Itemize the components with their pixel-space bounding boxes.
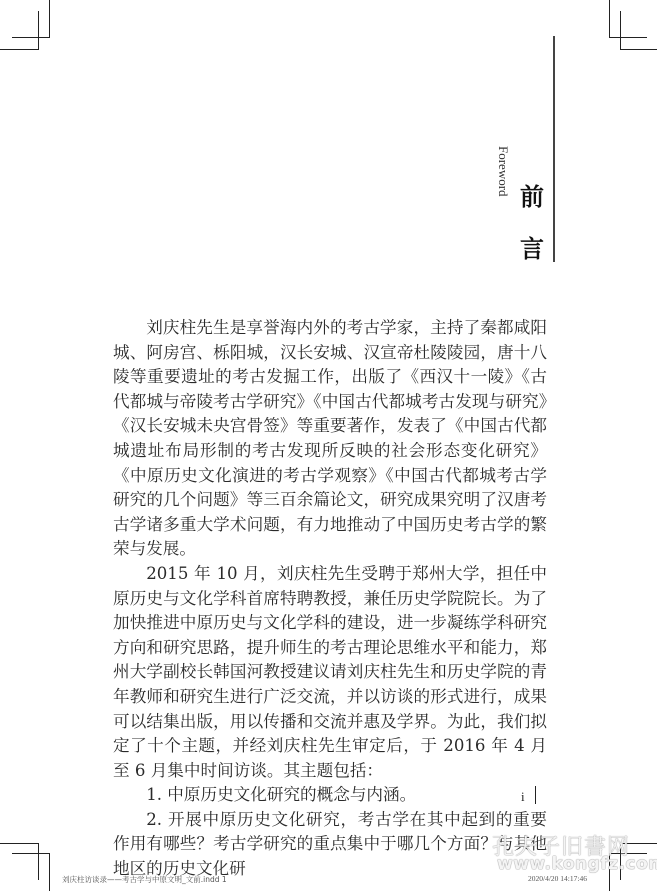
body-text: 刘庆柱先生是享誉海内外的考古学家，主持了秦都咸阳城、阿房宫、栎阳城，汉长安城、汉…	[113, 316, 547, 882]
page-number-bar	[535, 786, 536, 804]
slug-filename: 刘庆柱访谈录——考古学与中原文明_文前.indd 1	[62, 874, 227, 885]
watermark-url: www.kongfz.com	[497, 854, 657, 874]
paragraph-4: 2. 开展中原历史文化研究，考古学在其中起到的重要作用有哪些？考古学研究的重点集…	[113, 808, 547, 882]
slug-timestamp: 2020/4/20 14:17:46	[528, 874, 587, 883]
title-english: Foreword	[497, 146, 510, 197]
paragraph-2: 2015 年 10 月，刘庆柱先生受聘于郑州大学，担任中原历史与文化学科首席特聘…	[113, 562, 547, 783]
page-number: i	[521, 789, 525, 805]
title-char-1: 前	[519, 184, 545, 210]
paragraph-1: 刘庆柱先生是享誉海内外的考古学家，主持了秦都咸阳城、阿房宫、栎阳城，汉长安城、汉…	[113, 316, 547, 562]
title-rule	[553, 36, 555, 262]
paragraph-3: 1. 中原历史文化研究的概念与内涵。	[113, 783, 547, 808]
title-char-2: 言	[519, 236, 545, 262]
